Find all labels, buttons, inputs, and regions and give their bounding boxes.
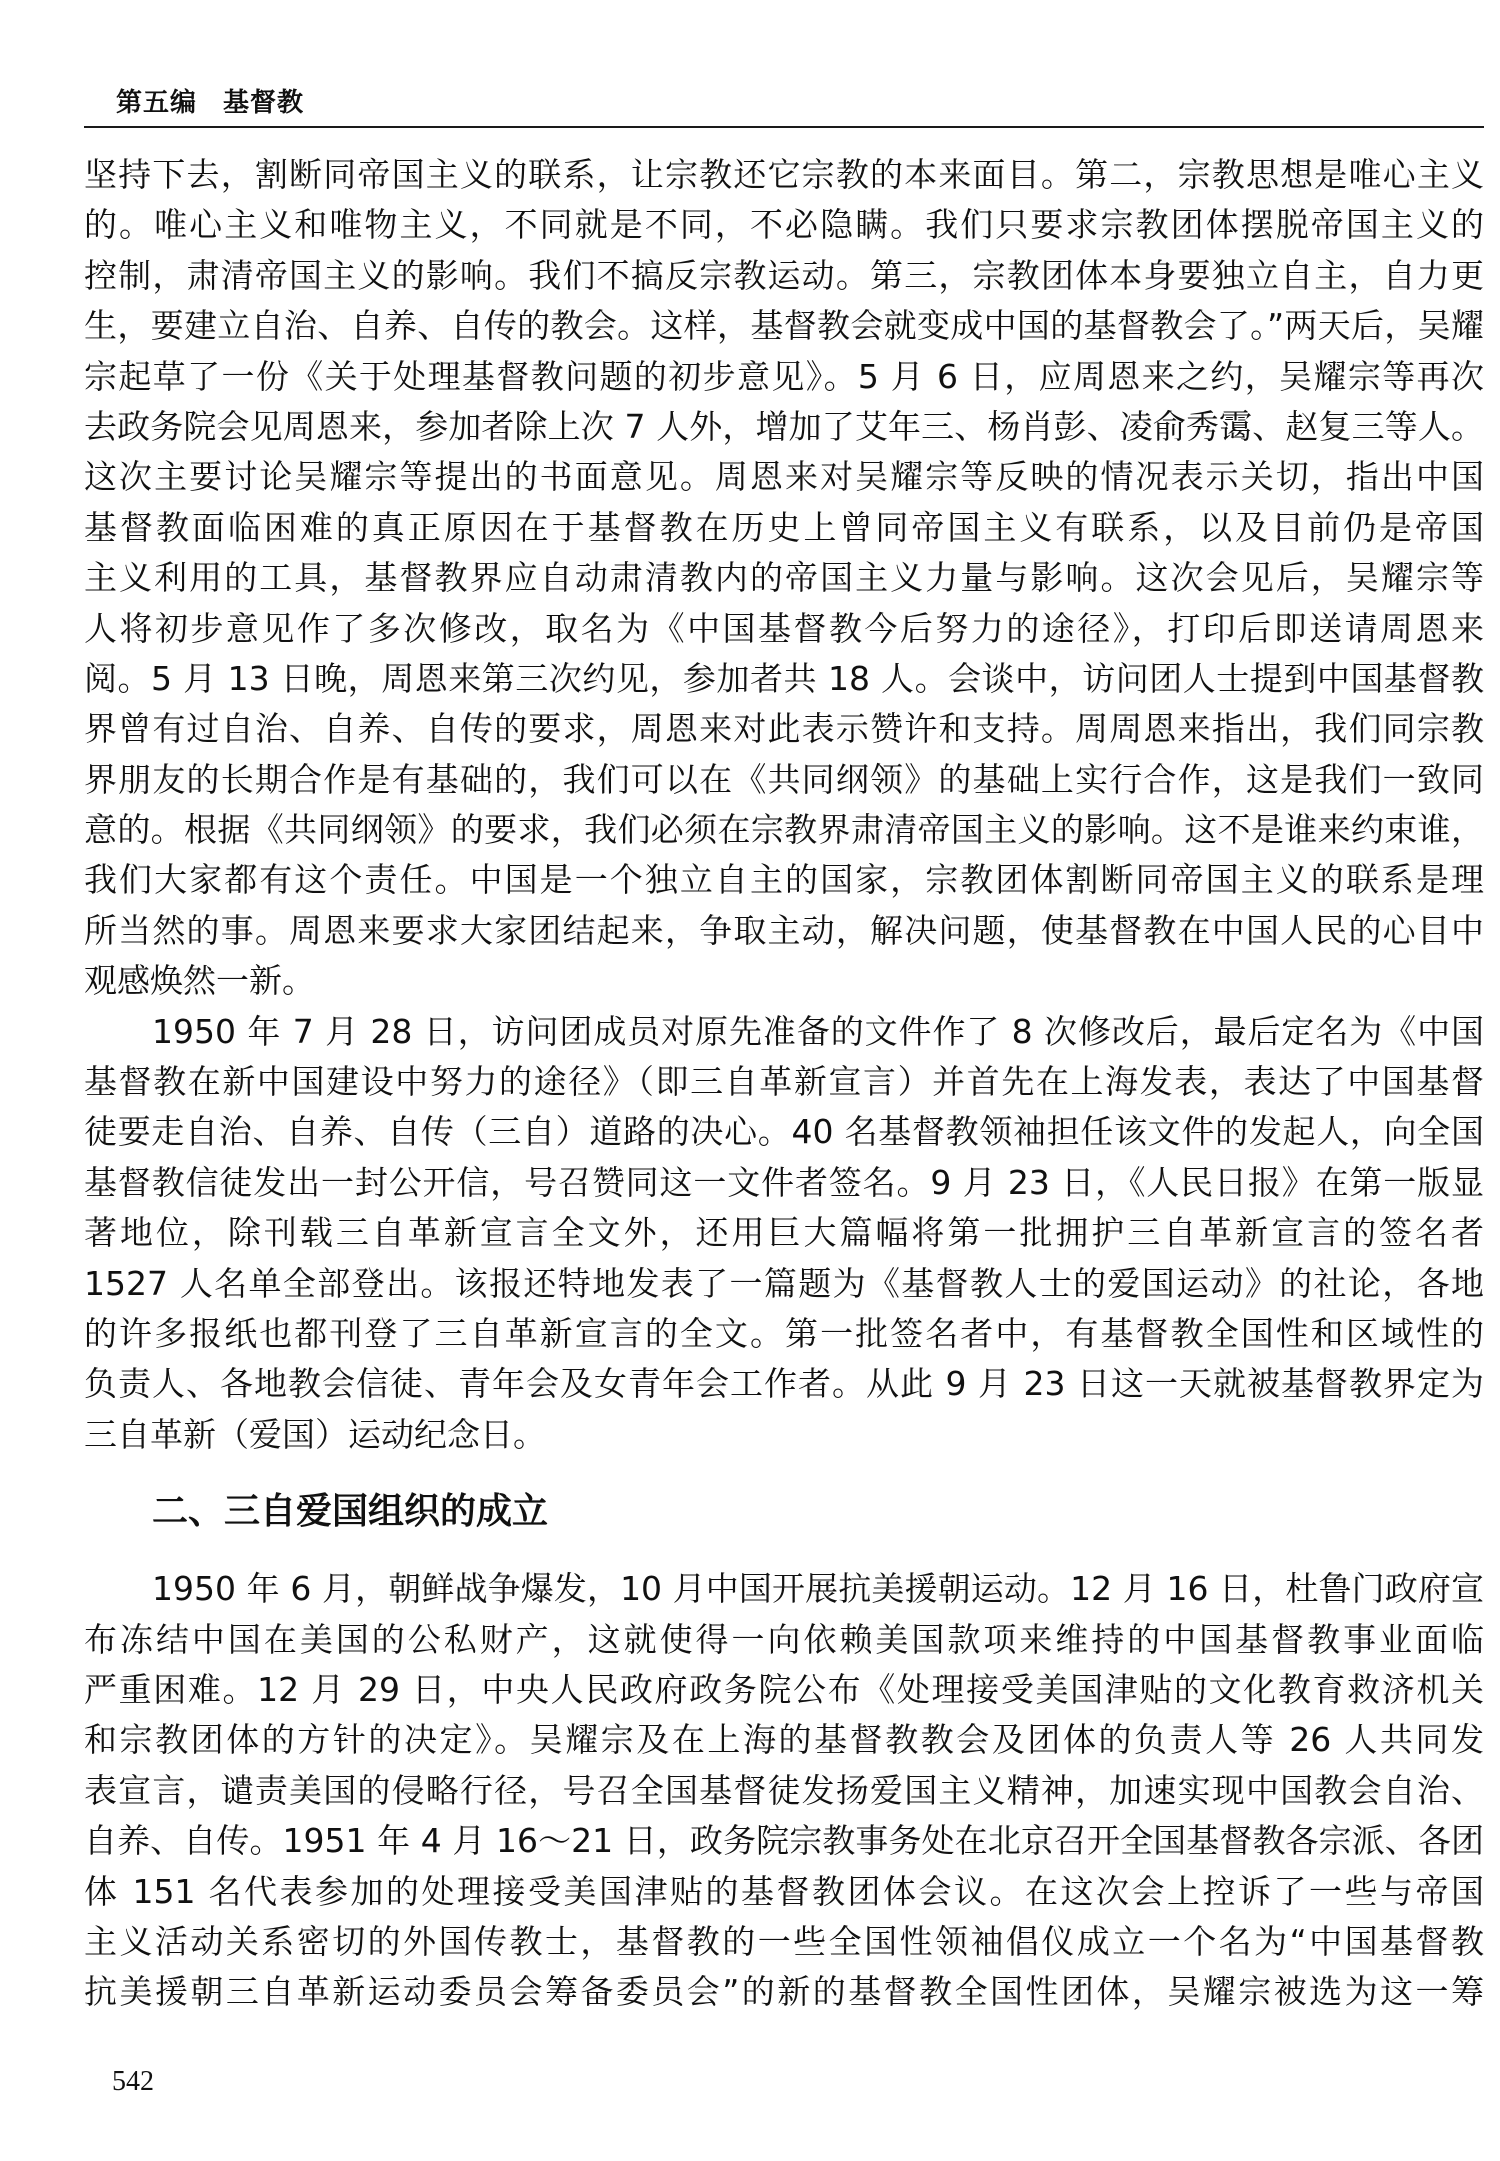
text-line: 观感焕然一新。 — [84, 956, 1484, 1006]
section-heading: 二、三自爱国组织的成立 — [84, 1464, 1484, 1560]
running-header: 第五编基督教 — [116, 82, 304, 119]
text-line: 基督教信徒发出一封公开信，号召赞同这一文件者签名。9 月 23 日，《人民日报》… — [84, 1158, 1484, 1208]
text-line: 控制，肃清帝国主义的影响。我们不搞反宗教运动。第三，宗教团体本身要独立自主，自力… — [84, 251, 1484, 301]
text-line: 去政务院会见周恩来，参加者除上次 7 人外，增加了艾年三、杨肖彭、凌俞秀霭、赵复… — [84, 402, 1484, 452]
paragraph: 1950 年 6 月，朝鲜战争爆发，10 月中国开展抗美援朝运动。12 月 16… — [84, 1564, 1484, 2018]
text-line: 徒要走自治、自养、自传（三自）道路的决心。40 名基督教领袖担任该文件的发起人，… — [84, 1107, 1484, 1157]
text-line: 1950 年 7 月 28 日，访问团成员对原先准备的文件作了 8 次修改后，最… — [84, 1007, 1484, 1057]
text-line: 布冻结中国在美国的公私财产，这就使得一向依赖美国款项来维持的中国基督教事业面临 — [84, 1615, 1484, 1665]
text-line: 基督教在新中国建设中努力的途径》（即三自革新宣言）并首先在上海发表，表达了中国基… — [84, 1057, 1484, 1107]
text-line: 阅。5 月 13 日晚，周恩来第三次约见，参加者共 18 人。会谈中，访问团人士… — [84, 654, 1484, 704]
text-line: 1950 年 6 月，朝鲜战争爆发，10 月中国开展抗美援朝运动。12 月 16… — [84, 1564, 1484, 1614]
part-label: 第五编 — [116, 88, 197, 118]
text-line: 这次主要讨论吴耀宗等提出的书面意见。周恩来对吴耀宗等反映的情况表示关切，指出中国 — [84, 452, 1484, 502]
text-line: 自养、自传。1951 年 4 月 16～21 日，政务院宗教事务处在北京召开全国… — [84, 1816, 1484, 1866]
text-line: 的。唯心主义和唯物主义，不同就是不同，不必隐瞒。我们只要求宗教团体摆脱帝国主义的 — [84, 200, 1484, 250]
text-line: 基督教面临困难的真正原因在于基督教在历史上曾同帝国主义有联系，以及目前仍是帝国 — [84, 503, 1484, 553]
chapter-title: 基督教 — [223, 88, 304, 118]
text-line: 生，要建立自治、自养、自传的教会。这样，基督教会就变成中国的基督教会了。”两天后… — [84, 301, 1484, 351]
text-line: 意的。根据《共同纲领》的要求，我们必须在宗教界肃清帝国主义的影响。这不是谁来约束… — [84, 805, 1484, 855]
text-line: 严重困难。12 月 29 日，中央人民政府政务院公布《处理接受美国津贴的文化教育… — [84, 1665, 1484, 1715]
text-line: 著地位，除刊载三自革新宣言全文外，还用巨大篇幅将第一批拥护三自革新宣言的签名者 — [84, 1208, 1484, 1258]
text-line: 我们大家都有这个责任。中国是一个独立自主的国家，宗教团体割断同帝国主义的联系是理 — [84, 855, 1484, 905]
text-line: 坚持下去，割断同帝国主义的联系，让宗教还它宗教的本来面目。第二，宗教思想是唯心主… — [84, 150, 1484, 200]
paragraph: 1950 年 7 月 28 日，访问团成员对原先准备的文件作了 8 次修改后，最… — [84, 1007, 1484, 1461]
text-line: 和宗教团体的方针的决定》。吴耀宗及在上海的基督教教会及团体的负责人等 26 人共… — [84, 1715, 1484, 1765]
text-line: 三自革新（爱国）运动纪念日。 — [84, 1410, 1484, 1460]
text-line: 抗美援朝三自革新运动委员会筹备委员会”的新的基督教全国性团体，吴耀宗被选为这一筹 — [84, 1967, 1484, 2017]
text-line: 界朋友的长期合作是有基础的，我们可以在《共同纲领》的基础上实行合作，这是我们一致… — [84, 755, 1484, 805]
text-line: 的许多报纸也都刊登了三自革新宣言的全文。第一批签名者中，有基督教全国性和区域性的 — [84, 1309, 1484, 1359]
text-line: 主义活动关系密切的外国传教士，基督教的一些全国性领袖倡仪成立一个名为“中国基督教 — [84, 1917, 1484, 1967]
text-line: 负责人、各地教会信徒、青年会及女青年会工作者。从此 9 月 23 日这一天就被基… — [84, 1359, 1484, 1409]
text-line: 所当然的事。周恩来要求大家团结起来，争取主动，解决问题，使基督教在中国人民的心目… — [84, 906, 1484, 956]
text-line: 宗起草了一份《关于处理基督教问题的初步意见》。5 月 6 日，应周恩来之约，吴耀… — [84, 352, 1484, 402]
paragraph: 坚持下去，割断同帝国主义的联系，让宗教还它宗教的本来面目。第二，宗教思想是唯心主… — [84, 150, 1484, 1007]
text-line: 表宣言，谴责美国的侵略行径，号召全国基督徒发扬爱国主义精神，加速实现中国教会自治… — [84, 1766, 1484, 1816]
text-line: 主义利用的工具，基督教界应自动肃清教内的帝国主义力量与影响。这次会见后，吴耀宗等 — [84, 553, 1484, 603]
text-line: 界曾有过自治、自养、自传的要求，周恩来对此表示赞许和支持。周周恩来指出，我们同宗… — [84, 704, 1484, 754]
body-text: 坚持下去，割断同帝国主义的联系，让宗教还它宗教的本来面目。第二，宗教思想是唯心主… — [84, 150, 1484, 2018]
page-number: 542 — [112, 2066, 154, 2098]
text-line: 人将初步意见作了多次修改，取名为《中国基督教今后努力的途径》，打印后即送请周恩来 — [84, 604, 1484, 654]
text-line: 体 151 名代表参加的处理接受美国津贴的基督教团体会议。在这次会上控诉了一些与… — [84, 1867, 1484, 1917]
text-line: 1527 人名单全部登出。该报还特地发表了一篇题为《基督教人士的爱国运动》的社论… — [84, 1259, 1484, 1309]
header-rule — [84, 126, 1484, 128]
